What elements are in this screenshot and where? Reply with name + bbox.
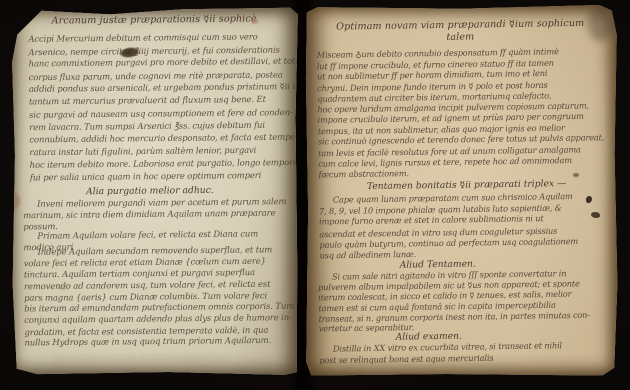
- ink-speck: [573, 173, 579, 177]
- manuscript-line: post se relinquat bona est aqua mercuria…: [319, 352, 562, 367]
- ghost-line: faint show-through line: [54, 364, 229, 376]
- right-paragraph-4: Distilla in XX vitro ex cucurbita vitrea…: [319, 340, 562, 366]
- right-paragraph-3: Si cum sale nitri agitando in vitro ſſſ …: [318, 268, 590, 334]
- left-page-text-layer: Arcanum justæ præparationis ☿ii sophicè …: [8, 7, 299, 376]
- left-paragraph-2: Inveni meliorem purgandi viam per acetum…: [23, 197, 287, 234]
- manuscript-line: fui per salia unica quam in hoc opere op…: [30, 169, 299, 185]
- right-paragraph-1: Misceam ♁um debito connubio desponsatum …: [317, 46, 605, 181]
- ink-speck: [591, 212, 600, 218]
- corner-shadow: [587, 7, 613, 41]
- right-heading-tentamen: Tentamen bonitatis ☿ii præparati triplex…: [362, 178, 572, 192]
- left-heading-alia-purgatio: Alia purgatio melior adhuc.: [40, 184, 260, 197]
- right-paragraph-2: Cape quam lunam præparatam cum suo chris…: [319, 191, 579, 262]
- right-page: Optimam novam viam præparandi ☿ium sophi…: [305, 5, 618, 377]
- right-page-title-line2: talem: [334, 30, 586, 45]
- left-paragraph-4: Indepe Aquilam secundam removendo superf…: [24, 245, 295, 350]
- left-show-through-text: faint show-through of verso handwritingf…: [54, 352, 229, 376]
- manuscript-line: nullus Hydrops quæ in usq quoq trium pri…: [24, 336, 294, 350]
- stain-spot: [9, 193, 20, 209]
- stain-spot: [58, 284, 67, 290]
- left-paragraph-1: Accipi Mercurium debitum et commisqui cu…: [28, 31, 299, 185]
- right-page-text-layer: Optimam novam viam præparandi ☿ium sophi…: [305, 5, 618, 377]
- left-page-title: Arcanum justæ præparationis ☿ii sophicè: [36, 13, 272, 26]
- stain-spot: [251, 18, 258, 24]
- manuscript-photo: Arcanum justæ præparationis ☿ii sophicè …: [0, 0, 630, 390]
- left-page: Arcanum justæ præparationis ☿ii sophicè …: [8, 7, 299, 376]
